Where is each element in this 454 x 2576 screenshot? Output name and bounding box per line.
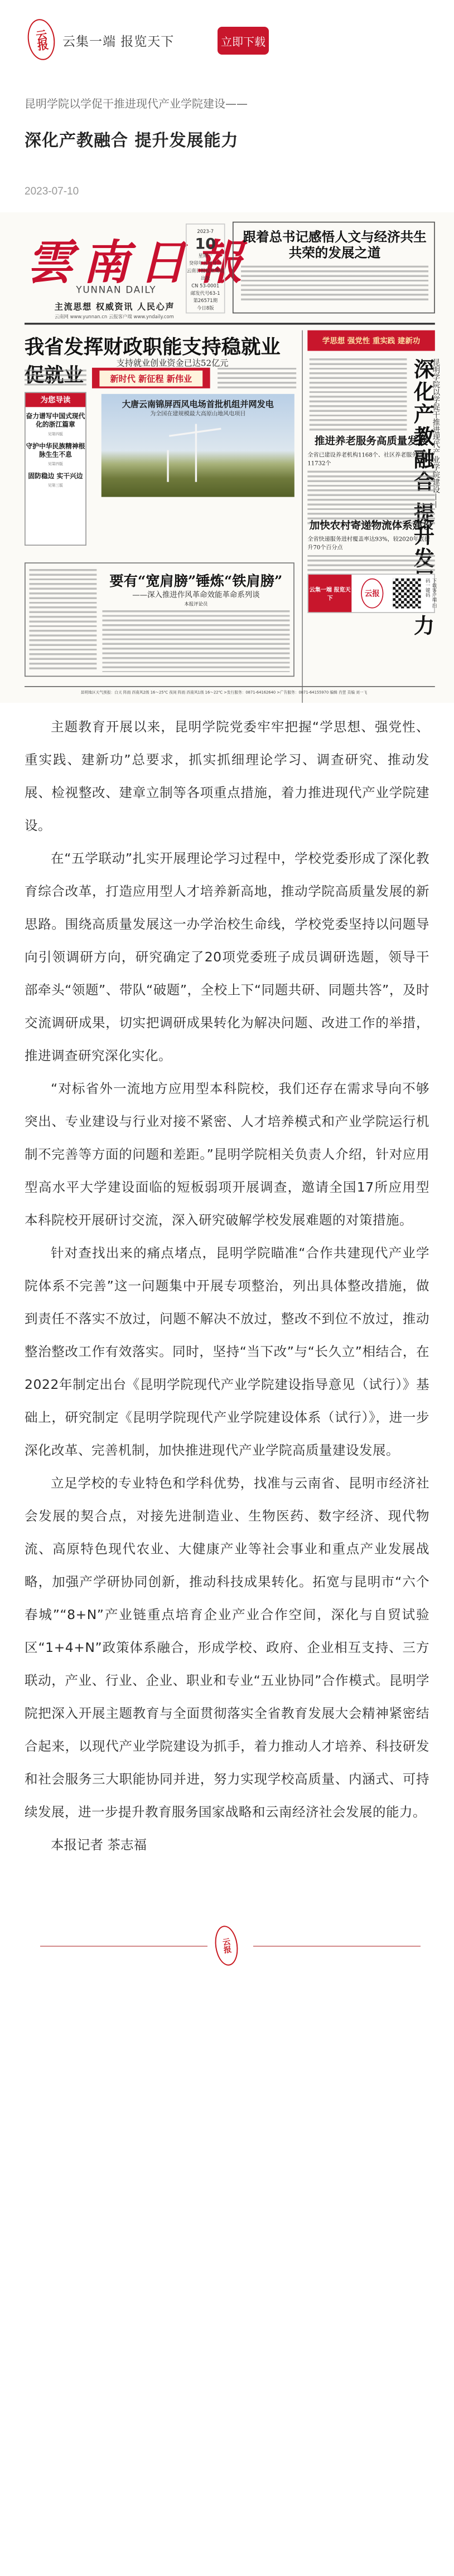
issue-publisher: 云南日报报业集团出版 xyxy=(187,268,224,283)
guide-page-ref: 见第四版 xyxy=(26,431,86,437)
right-story-2-sub: 全省已建设养老机构1168个、社区养老服务设施11732个 xyxy=(307,450,434,467)
ribbon-label: 新时代 新征程 新伟业 xyxy=(99,371,202,387)
app-ad-box: 云集一端 报览天下 云报 下载客户端 扫码一键码 xyxy=(307,573,434,613)
masthead-english: YUNNAN DAILY xyxy=(76,285,156,295)
lead-story-title: 跟着总书记感悟人文与经济共生共荣的发展之道 xyxy=(239,230,431,262)
divider-line-left xyxy=(40,1946,207,1947)
issue-number: 第26571期 xyxy=(187,298,224,305)
main-story-text xyxy=(25,370,86,388)
paragraph: 在“五学联动”扎实开展理论学习过程中，学校党委形成了深化教育综合改革，打造应用型… xyxy=(25,842,429,1072)
newspaper-page-image[interactable]: 雲南日報 YUNNAN DAILY 主流思想 权威资讯 人民心声 云南网 www… xyxy=(0,212,454,703)
paragraph: 立足学校的专业特色和学科优势，找准与云南省、昆明市经济社会发展的契合点，对接先进… xyxy=(25,1467,429,1829)
commentary-byline: 本报评论员 xyxy=(102,601,289,607)
commentary-text-2 xyxy=(102,610,289,672)
reading-guide: 为您导读 奋力谱写中国式现代化的浙江篇章 见第四版 守护中华民族精神根脉生生不息… xyxy=(25,392,86,546)
main-story-text-2 xyxy=(218,368,296,388)
commentary-box: 要有“宽肩膀”锤炼“铁肩膀” ——深入推进作风革命效能革命系列谈 本报评论员 xyxy=(25,562,294,677)
paragraph: “对标省外一流地方应用型本科院校，我们还存在需求导向不够突出、专业建设与行业对接… xyxy=(25,1072,429,1237)
guide-item[interactable]: 奋力谱写中国式现代化的浙江篇章 xyxy=(26,412,86,429)
campaign-banner: 学思想 强党性 重实践 建新功 xyxy=(307,330,434,351)
lead-story-box: 跟着总书记感悟人文与经济共生共荣的发展之道 xyxy=(233,222,435,314)
guide-item[interactable]: 固防稳边 实干兴边 xyxy=(26,473,86,481)
end-divider: 云报 xyxy=(0,1892,454,2004)
article-headline: 深化产教融合 提升发展能力 xyxy=(25,127,429,151)
yunbao-logo-icon: 云报 xyxy=(25,17,57,62)
guide-page-ref: 见第四版 xyxy=(26,461,86,467)
issue-day: 10 xyxy=(187,236,224,252)
right-story-3-title: 加快农村寄递物流体系建设 xyxy=(307,518,434,533)
column-divider xyxy=(302,330,303,703)
publish-date: 2023-07-10 xyxy=(25,186,429,198)
right-story-text xyxy=(310,358,407,433)
right-story-2: 推进养老服务高质量发展 全省已建设养老机构1168个、社区养老服务设施11732… xyxy=(307,433,434,527)
commentary-text xyxy=(29,569,96,672)
issue-lunar-date: 癸卯年五月廿三 xyxy=(187,260,224,268)
yunbao-seal-icon: 云报 xyxy=(212,1924,240,1967)
guide-item[interactable]: 守护中华民族精神根脉生生不息 xyxy=(26,443,86,459)
masthead-tagline: 主流思想 权威资讯 人民心声 xyxy=(55,300,175,313)
right-story-3-sub: 全省快递服务进村覆盖率达93%，较2020年底提升70个百分点 xyxy=(307,534,434,551)
paragraph: 主题教育开展以来，昆明学院党委牢牢把握“学思想、强党性、重实践、建新功”总要求，… xyxy=(25,711,429,842)
wind-turbine-icon xyxy=(167,450,168,482)
issue-pages: 今日8版 xyxy=(187,305,224,312)
issue-cn: CN 53-0001 xyxy=(187,283,224,290)
byline: 本报记者 茶志福 xyxy=(25,1831,429,1859)
masthead-rule xyxy=(25,323,435,324)
footer-rule xyxy=(25,686,435,687)
photo-title: 大唐云南锦屏西风电场首批机组并网发电 xyxy=(102,398,294,410)
paragraph: 针对查找出来的痛点堵点，昆明学院瞄准“合作共建现代产业学院体系不完善”这一问题集… xyxy=(25,1237,429,1467)
ad-slogan: 云集一端 报览天下 xyxy=(308,575,351,612)
guide-header: 为您导读 xyxy=(26,393,86,407)
divider-line-right xyxy=(253,1946,421,1947)
ad-logo-icon: 云报 xyxy=(361,579,383,609)
commentary-title: 要有“宽肩膀”锤炼“铁肩膀” xyxy=(102,571,289,590)
main-subheadline: 支持就业创业资金已达52亿元 xyxy=(117,357,229,369)
newspaper-footer: 昆明地区天气预报：白天 阵雨 西南风2级 16～25℃ 夜间 阵雨 西南风1级 … xyxy=(81,690,367,696)
commentary-subtitle: ——深入推进作风革命效能革命系列谈 xyxy=(102,590,289,600)
guide-page-ref: 见第三版 xyxy=(26,483,86,488)
photo-subtitle: 为全国在建规模最大高原山地风电项目 xyxy=(102,409,294,417)
issue-weekday: 星期一 xyxy=(187,252,224,260)
ribbon-banner: 新时代 新征程 新伟业 xyxy=(92,368,210,388)
wind-farm-photo: 大唐云南锦屏西风电场首批机组并网发电 为全国在建规模最大高原山地风电项目 xyxy=(102,394,294,497)
download-app-button[interactable]: 立即下载 xyxy=(218,27,269,55)
masthead-urls: 云南网 www.yunnan.cn 云报客户端 www.yndaily.com xyxy=(55,313,174,320)
issue-postal-code: 邮发代号63-1 xyxy=(187,290,224,297)
lead-story-text xyxy=(241,266,428,303)
ad-qr-text: 下载客户端 扫码一键码 xyxy=(424,579,438,612)
app-slogan: 云集一端 报览天下 xyxy=(62,31,174,50)
right-story-2-title: 推进养老服务高质量发展 xyxy=(307,433,434,448)
article-header: 昆明学院以学促干推进现代产业学院建设—— 深化产教融合 提升发展能力 2023-… xyxy=(0,95,454,198)
issue-date-box: 2023-7 10 星期一 癸卯年五月廿三 云南日报报业集团出版 CN 53-0… xyxy=(186,223,225,313)
article-body: 主题教育开展以来，昆明学院党委牢牢把握“学思想、强党性、重实践、建新功”总要求，… xyxy=(0,711,454,1859)
article-subtitle: 昆明学院以学促干推进现代产业学院建设—— xyxy=(25,95,429,111)
app-bar: 云报 云集一端 报览天下 立即下载 xyxy=(0,0,454,72)
qr-code-icon xyxy=(393,579,421,609)
